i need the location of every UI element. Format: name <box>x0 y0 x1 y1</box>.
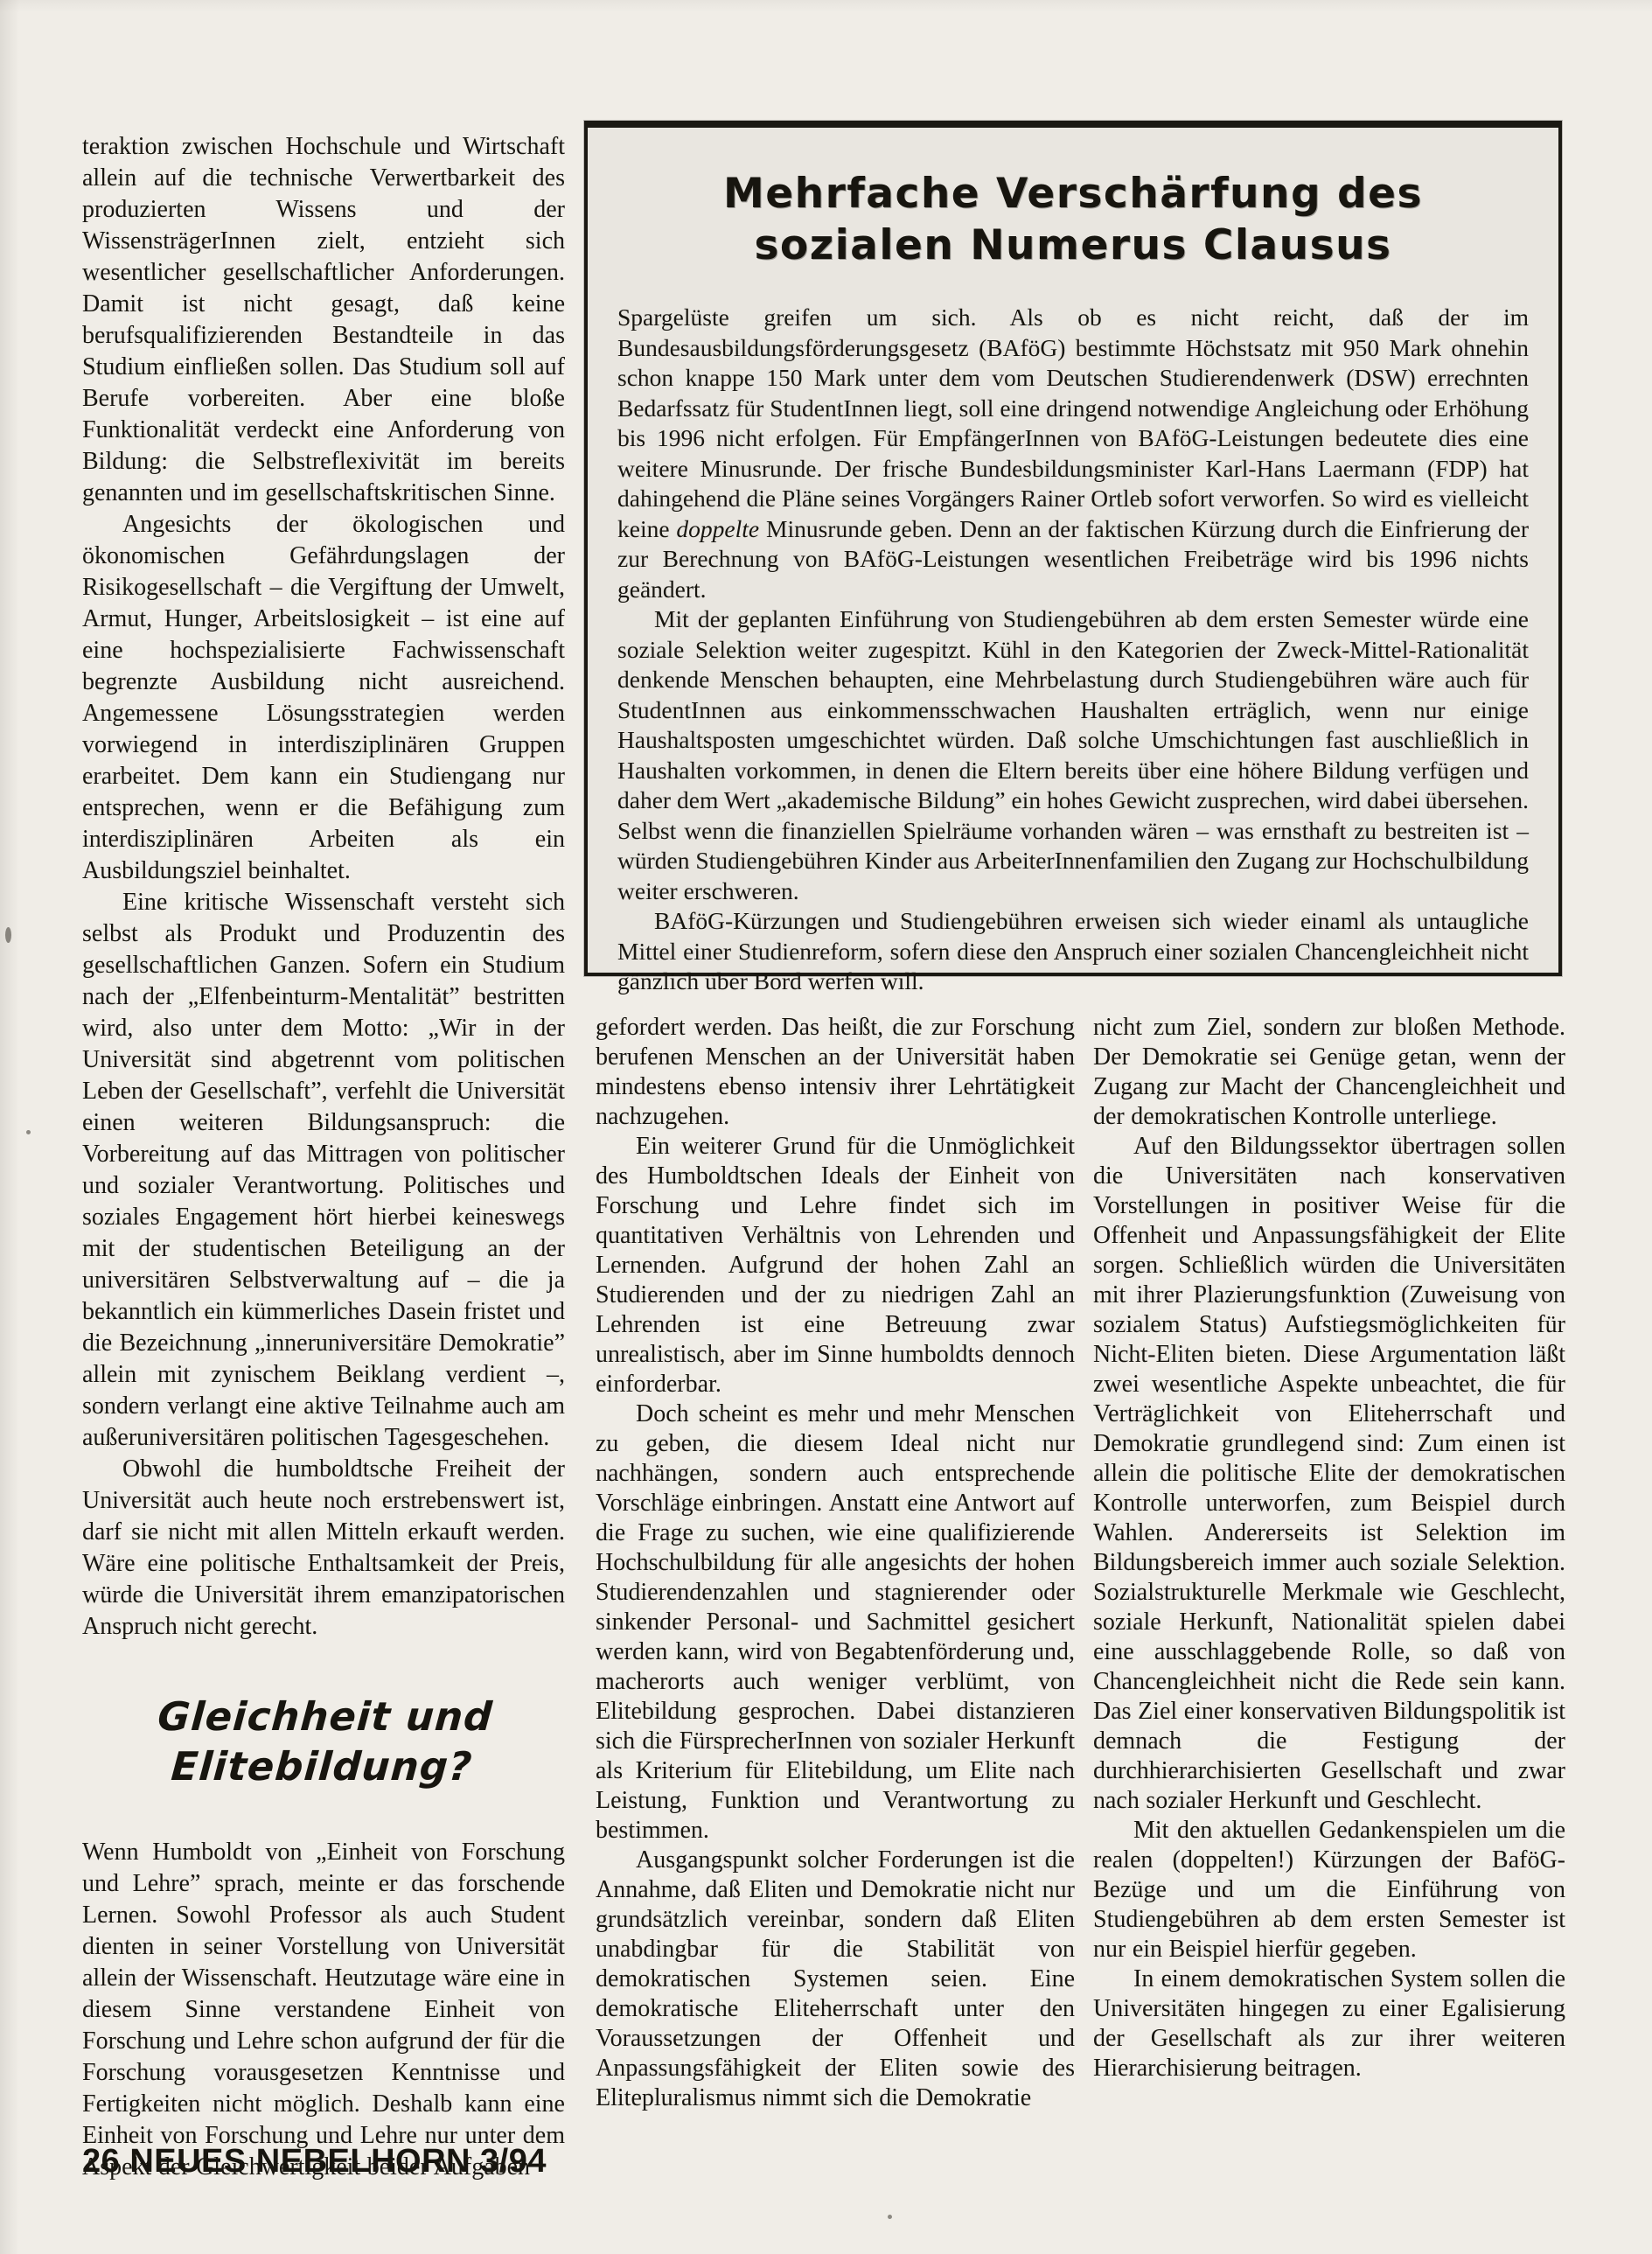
feature-box: Mehrfache Verschärfung dessozialen Numer… <box>584 121 1562 976</box>
paragraph: Spargelüste greifen um sich. Als ob es n… <box>617 303 1529 604</box>
middle-column: gefordert werden. Das heißt, die zur For… <box>596 1013 1075 2113</box>
paragraph: Auf den Bildungssektor übertragen sollen… <box>1093 1132 1565 1816</box>
feature-box-title-line2: sozialen Numerus Clausus <box>754 221 1391 269</box>
emphasized-word: doppelte <box>676 515 759 542</box>
paragraph: Doch scheint es mehr und mehr Menschen z… <box>596 1399 1075 1846</box>
scan-speck <box>5 927 11 943</box>
section-heading-line1: Gleichheit und <box>157 1693 495 1740</box>
paragraph: Mit der geplanten Einführung von Studien… <box>617 604 1529 906</box>
scan-speck <box>26 1130 31 1134</box>
paragraph: Eine kritische Wissenschaft versteht sic… <box>82 887 565 1454</box>
paragraph: BAföG-Kürzungen und Studiengebühren erwe… <box>617 906 1529 997</box>
section-heading-line2: Elitebildung? <box>170 1743 474 1790</box>
paragraph: Ausgangspunkt solcher Forderungen ist di… <box>596 1846 1075 2113</box>
left-column: teraktion zwischen Hochschule und Wirtsc… <box>82 131 565 2183</box>
paragraph: gefordert werden. Das heißt, die zur For… <box>596 1013 1075 1132</box>
paragraph-text: Spargelüste greifen um sich. Als ob es n… <box>617 304 1529 542</box>
feature-box-title-line1: Mehrfache Verschärfung des <box>723 170 1423 218</box>
right-column: nicht zum Ziel, sondern zur bloßen Metho… <box>1093 1013 1565 2083</box>
paragraph: Ein weiterer Grund für die Unmöglichkeit… <box>596 1132 1075 1399</box>
paragraph: Wenn Humboldt von „Einheit von Forschung… <box>82 1837 565 2183</box>
paragraph: nicht zum Ziel, sondern zur bloßen Metho… <box>1093 1013 1565 1132</box>
magazine-page: teraktion zwischen Hochschule und Wirtsc… <box>0 0 1652 2254</box>
paragraph: In einem demokratischen System sollen di… <box>1093 1964 1565 2083</box>
scan-speck <box>888 2215 892 2219</box>
feature-box-title: Mehrfache Verschärfung dessozialen Numer… <box>617 168 1529 271</box>
paragraph: Mit den aktuellen Gedankenspielen um die… <box>1093 1816 1565 1964</box>
paragraph: Obwohl die humboldtsche Freiheit der Uni… <box>82 1454 565 1643</box>
paragraph: teraktion zwischen Hochschule und Wirtsc… <box>82 131 565 509</box>
paragraph: Angesichts der ökologischen und ökonomis… <box>82 509 565 887</box>
section-heading: Gleichheit undElitebildung? <box>79 1692 568 1791</box>
page-footer: 26 NEUES NEBELHORN 3/94 <box>82 2143 547 2181</box>
